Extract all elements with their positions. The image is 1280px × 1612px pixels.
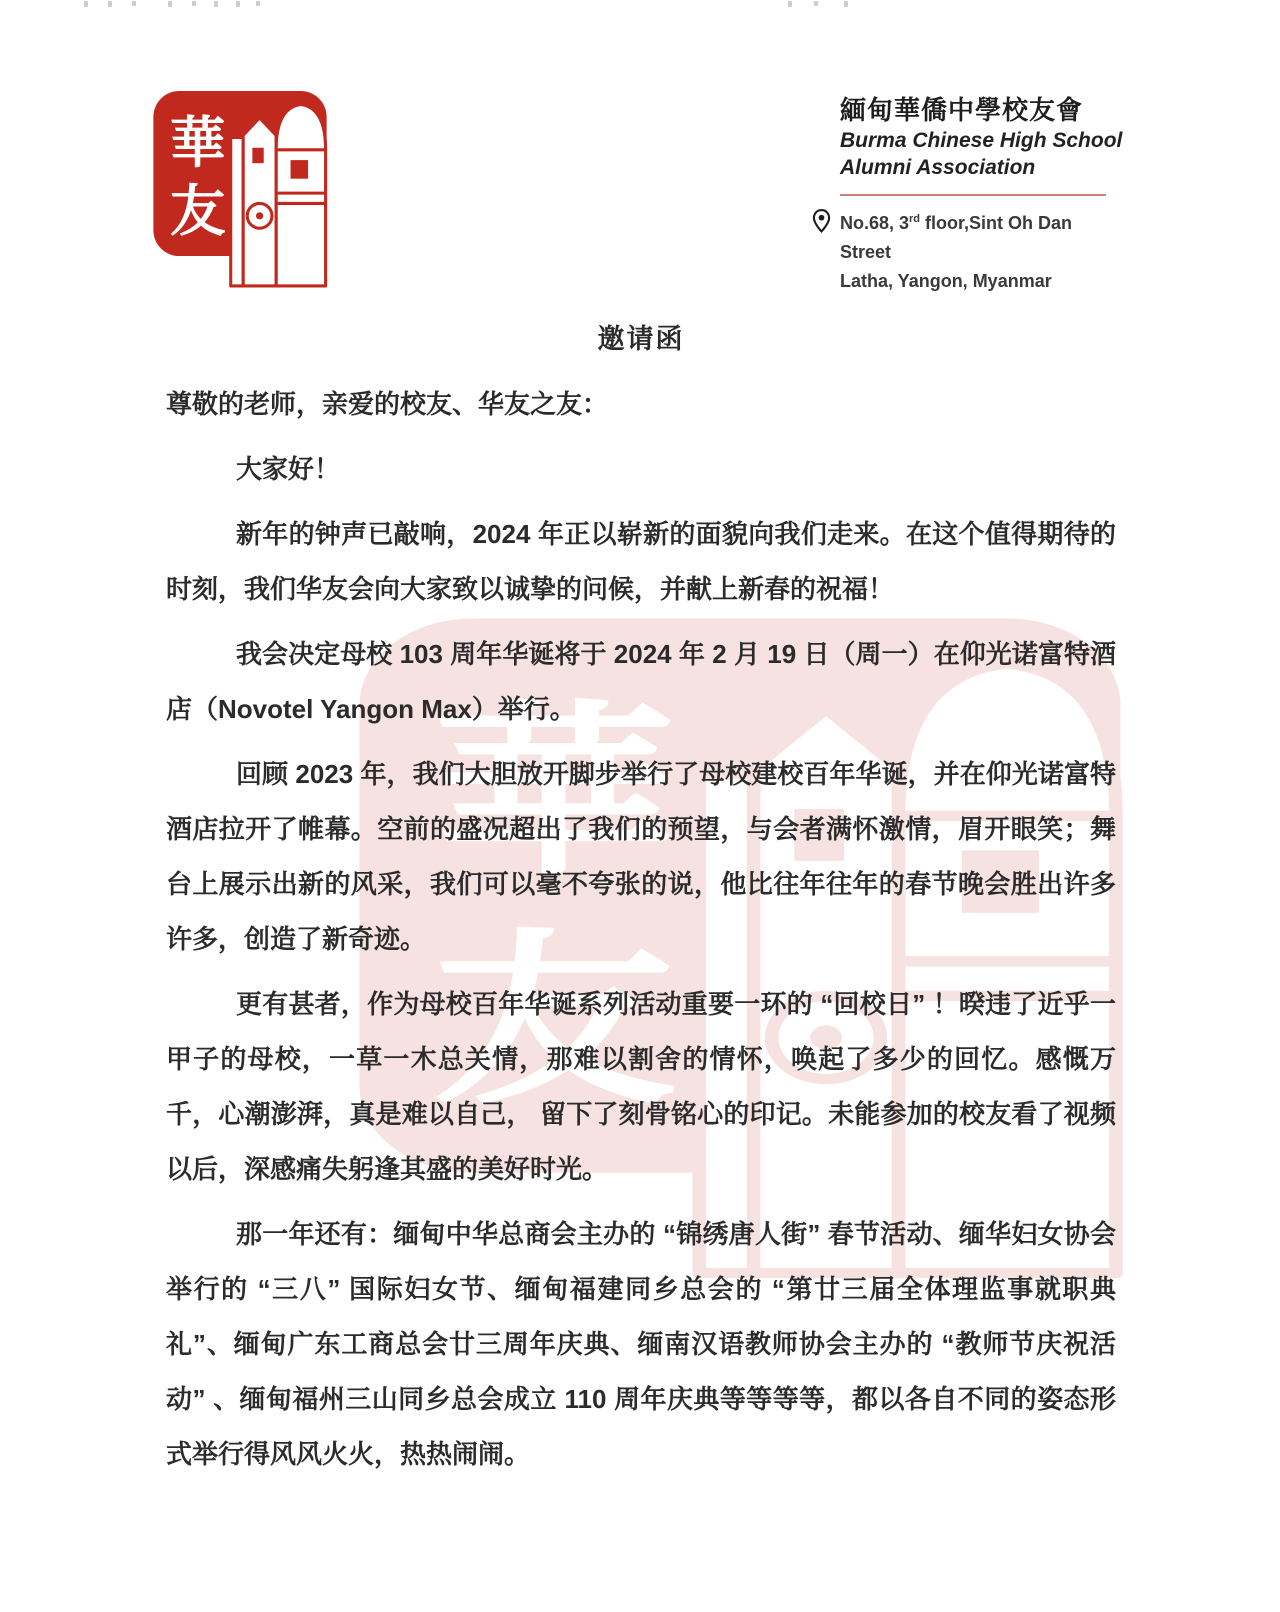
logo-char-bottom: 友 xyxy=(170,180,226,242)
letter-paragraph-1: 新年的钟声已敲响，2024 年正以崭新的面貌向我们走来。在这个值得期待的时刻，我… xyxy=(166,507,1116,617)
alumni-logo: 華 友 xyxy=(152,90,328,288)
letter-title: 邀请函 xyxy=(166,312,1116,367)
scanned-invitation-letter: 華 友 緬甸華僑中學校友會 Burma Chinese High School … xyxy=(0,0,1280,1612)
scan-artifact xyxy=(84,1,88,7)
logo-char-top: 華 xyxy=(170,112,226,174)
letter-salutation: 尊敬的老师，亲爱的校友、华友之友： xyxy=(166,377,1116,432)
letter-paragraph-5: 那一年还有：缅甸中华总商会主办的 “锦绣唐人街” 春节活动、缅华妇女协会举行的 … xyxy=(166,1207,1116,1482)
letter-greeting: 大家好！ xyxy=(166,442,1116,497)
scan-artifact xyxy=(788,1,792,7)
address-line2: Latha, Yangon, Myanmar xyxy=(840,267,1122,296)
org-header: 緬甸華僑中學校友會 Burma Chinese High School Alum… xyxy=(812,94,1122,296)
scan-artifact xyxy=(214,1,218,7)
location-pin-icon xyxy=(812,208,831,234)
scan-artifact xyxy=(108,1,112,7)
address-line1: No.68, 3rd floor,Sint Oh Dan Street xyxy=(840,205,1122,267)
address-block: No.68, 3rd floor,Sint Oh Dan Street Lath… xyxy=(812,205,1122,296)
letter-body: 邀请函 尊敬的老师，亲爱的校友、华友之友： 大家好！ 新年的钟声已敲响，2024… xyxy=(166,312,1116,1482)
org-name-english-line2: Alumni Association xyxy=(812,154,1122,181)
letter-paragraph-4: 更有甚者，作为母校百年华诞系列活动重要一环的 “回校日” ！暌违了近乎一甲子的母… xyxy=(166,977,1116,1197)
org-name-english-line1: Burma Chinese High School xyxy=(812,127,1122,154)
header-divider xyxy=(840,194,1106,196)
address-text: No.68, 3rd floor,Sint Oh Dan Street Lath… xyxy=(840,205,1122,296)
scan-artifact xyxy=(236,1,240,7)
scan-artifact xyxy=(256,1,260,6)
letter-paragraph-3: 回顾 2023 年，我们大胆放开脚步举行了母校建校百年华诞，并在仰光诺富特酒店拉… xyxy=(166,747,1116,967)
scan-artifact xyxy=(168,1,172,7)
letter-paragraph-2: 我会决定母校 103 周年华诞将于 2024 年 2 月 19 日（周一）在仰光… xyxy=(166,627,1116,737)
scan-artifact xyxy=(814,1,818,6)
scan-artifact xyxy=(844,1,848,7)
scan-artifact xyxy=(132,1,136,6)
scan-artifact xyxy=(192,1,196,6)
org-name-chinese: 緬甸華僑中學校友會 xyxy=(812,94,1122,127)
